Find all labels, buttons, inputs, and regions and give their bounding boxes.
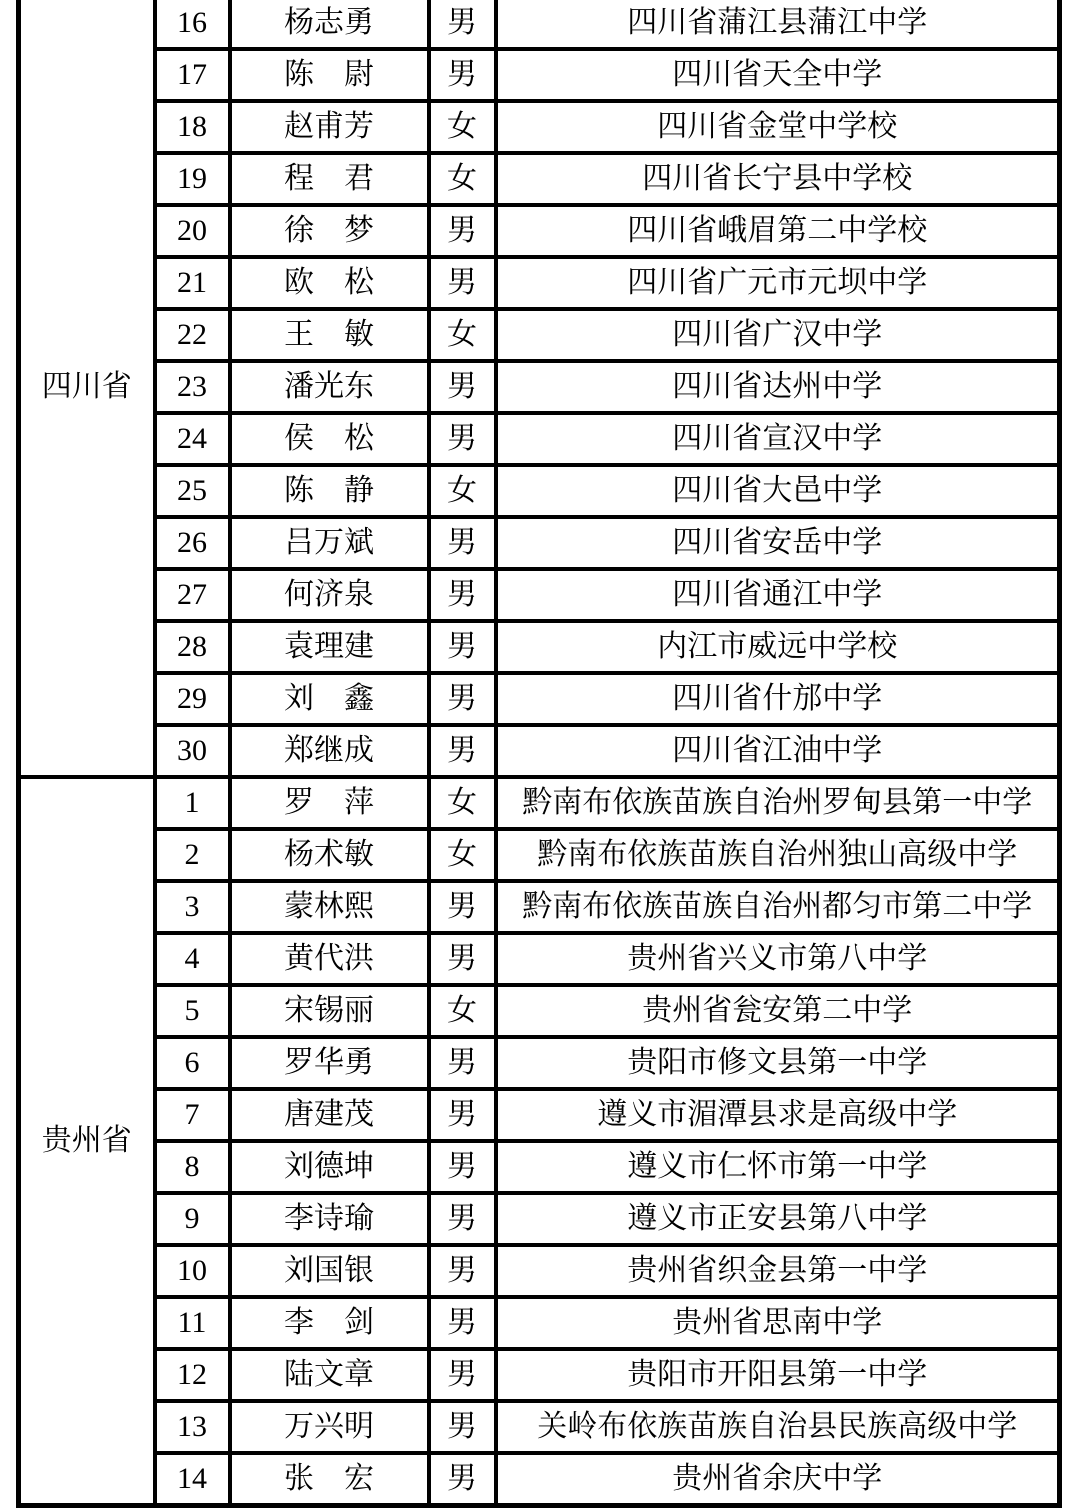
no-cell: 20 — [155, 205, 230, 257]
gender-cell: 男 — [429, 205, 496, 257]
table-row: 10刘国银男贵州省织金县第一中学 — [19, 1245, 1060, 1297]
school-cell: 贵阳市修文县第一中学 — [496, 1037, 1060, 1089]
gender-cell: 男 — [429, 569, 496, 621]
name-cell: 吕万斌 — [230, 517, 429, 569]
name-cell: 李 剑 — [230, 1297, 429, 1349]
gender-cell: 女 — [429, 985, 496, 1037]
gender-cell: 女 — [429, 777, 496, 829]
school-cell: 贵州省瓮安第二中学 — [496, 985, 1060, 1037]
no-cell: 4 — [155, 933, 230, 985]
school-cell: 黔南布依族苗族自治州罗甸县第一中学 — [496, 777, 1060, 829]
roster-table-body: 四川省16杨志勇男四川省蒲江县蒲江中学17陈 尉男四川省天全中学18赵甫芳女四川… — [19, 0, 1060, 1506]
gender-cell: 男 — [429, 933, 496, 985]
gender-cell: 男 — [429, 1037, 496, 1089]
table-row: 28袁理建男内江市威远中学校 — [19, 621, 1060, 673]
name-cell: 万兴明 — [230, 1401, 429, 1453]
no-cell: 24 — [155, 413, 230, 465]
school-cell: 贵州省思南中学 — [496, 1297, 1060, 1349]
no-cell: 12 — [155, 1349, 230, 1401]
table-row: 27何济泉男四川省通江中学 — [19, 569, 1060, 621]
name-cell: 罗 萍 — [230, 777, 429, 829]
name-cell: 徐 梦 — [230, 205, 429, 257]
no-cell: 6 — [155, 1037, 230, 1089]
name-cell: 黄代洪 — [230, 933, 429, 985]
school-cell: 贵州省余庆中学 — [496, 1453, 1060, 1506]
table-row: 23潘光东男四川省达州中学 — [19, 361, 1060, 413]
gender-cell: 男 — [429, 1245, 496, 1297]
name-cell: 郑继成 — [230, 725, 429, 777]
document-page: 四川省16杨志勇男四川省蒲江县蒲江中学17陈 尉男四川省天全中学18赵甫芳女四川… — [0, 0, 1080, 1510]
table-row: 12陆文章男贵阳市开阳县第一中学 — [19, 1349, 1060, 1401]
name-cell: 陈 静 — [230, 465, 429, 517]
gender-cell: 男 — [429, 49, 496, 101]
school-cell: 遵义市仁怀市第一中学 — [496, 1141, 1060, 1193]
school-cell: 内江市威远中学校 — [496, 621, 1060, 673]
gender-cell: 女 — [429, 101, 496, 153]
table-row: 22王 敏女四川省广汉中学 — [19, 309, 1060, 361]
no-cell: 22 — [155, 309, 230, 361]
no-cell: 5 — [155, 985, 230, 1037]
gender-cell: 男 — [429, 1401, 496, 1453]
school-cell: 四川省广元市元坝中学 — [496, 257, 1060, 309]
name-cell: 程 君 — [230, 153, 429, 205]
gender-cell: 男 — [429, 1141, 496, 1193]
gender-cell: 女 — [429, 829, 496, 881]
table-row: 14张 宏男贵州省余庆中学 — [19, 1453, 1060, 1506]
gender-cell: 男 — [429, 725, 496, 777]
name-cell: 何济泉 — [230, 569, 429, 621]
name-cell: 刘国银 — [230, 1245, 429, 1297]
school-cell: 遵义市正安县第八中学 — [496, 1193, 1060, 1245]
name-cell: 刘 鑫 — [230, 673, 429, 725]
no-cell: 23 — [155, 361, 230, 413]
gender-cell: 男 — [429, 1297, 496, 1349]
school-cell: 四川省峨眉第二中学校 — [496, 205, 1060, 257]
name-cell: 侯 松 — [230, 413, 429, 465]
no-cell: 7 — [155, 1089, 230, 1141]
name-cell: 陈 尉 — [230, 49, 429, 101]
table-row: 13万兴明男关岭布依族苗族自治县民族高级中学 — [19, 1401, 1060, 1453]
name-cell: 杨术敏 — [230, 829, 429, 881]
name-cell: 赵甫芳 — [230, 101, 429, 153]
gender-cell: 男 — [429, 517, 496, 569]
table-row: 29刘 鑫男四川省什邡中学 — [19, 673, 1060, 725]
no-cell: 26 — [155, 517, 230, 569]
gender-cell: 男 — [429, 673, 496, 725]
gender-cell: 男 — [429, 1089, 496, 1141]
name-cell: 罗华勇 — [230, 1037, 429, 1089]
province-cell: 四川省 — [19, 0, 155, 777]
table-row: 2杨术敏女黔南布依族苗族自治州独山高级中学 — [19, 829, 1060, 881]
name-cell: 王 敏 — [230, 309, 429, 361]
gender-cell: 男 — [429, 257, 496, 309]
gender-cell: 男 — [429, 621, 496, 673]
table-row: 11李 剑男贵州省思南中学 — [19, 1297, 1060, 1349]
table-row: 21欧 松男四川省广元市元坝中学 — [19, 257, 1060, 309]
school-cell: 贵阳市开阳县第一中学 — [496, 1349, 1060, 1401]
school-cell: 贵州省织金县第一中学 — [496, 1245, 1060, 1297]
table-row: 19程 君女四川省长宁县中学校 — [19, 153, 1060, 205]
province-cell: 贵州省 — [19, 777, 155, 1506]
table-row: 18赵甫芳女四川省金堂中学校 — [19, 101, 1060, 153]
name-cell: 张 宏 — [230, 1453, 429, 1506]
table-row: 5宋锡丽女贵州省瓮安第二中学 — [19, 985, 1060, 1037]
no-cell: 28 — [155, 621, 230, 673]
school-cell: 四川省什邡中学 — [496, 673, 1060, 725]
school-cell: 四川省长宁县中学校 — [496, 153, 1060, 205]
gender-cell: 男 — [429, 881, 496, 933]
gender-cell: 女 — [429, 153, 496, 205]
name-cell: 陆文章 — [230, 1349, 429, 1401]
gender-cell: 女 — [429, 309, 496, 361]
gender-cell: 男 — [429, 1349, 496, 1401]
table-row: 26吕万斌男四川省安岳中学 — [19, 517, 1060, 569]
no-cell: 17 — [155, 49, 230, 101]
no-cell: 2 — [155, 829, 230, 881]
name-cell: 欧 松 — [230, 257, 429, 309]
name-cell: 李诗瑜 — [230, 1193, 429, 1245]
gender-cell: 男 — [429, 413, 496, 465]
no-cell: 8 — [155, 1141, 230, 1193]
gender-cell: 女 — [429, 465, 496, 517]
school-cell: 四川省宣汉中学 — [496, 413, 1060, 465]
table-row: 4黄代洪男贵州省兴义市第八中学 — [19, 933, 1060, 985]
no-cell: 1 — [155, 777, 230, 829]
table-row: 25陈 静女四川省大邑中学 — [19, 465, 1060, 517]
school-cell: 四川省江油中学 — [496, 725, 1060, 777]
table-row: 贵州省1罗 萍女黔南布依族苗族自治州罗甸县第一中学 — [19, 777, 1060, 829]
name-cell: 唐建茂 — [230, 1089, 429, 1141]
no-cell: 21 — [155, 257, 230, 309]
school-cell: 四川省金堂中学校 — [496, 101, 1060, 153]
no-cell: 14 — [155, 1453, 230, 1506]
no-cell: 3 — [155, 881, 230, 933]
name-cell: 袁理建 — [230, 621, 429, 673]
table-row: 30郑继成男四川省江油中学 — [19, 725, 1060, 777]
table-row: 17陈 尉男四川省天全中学 — [19, 49, 1060, 101]
table-row: 3蒙林熙男黔南布依族苗族自治州都匀市第二中学 — [19, 881, 1060, 933]
table-row: 7唐建茂男遵义市湄潭县求是高级中学 — [19, 1089, 1060, 1141]
school-cell: 四川省蒲江县蒲江中学 — [496, 0, 1060, 49]
school-cell: 四川省达州中学 — [496, 361, 1060, 413]
school-cell: 遵义市湄潭县求是高级中学 — [496, 1089, 1060, 1141]
gender-cell: 男 — [429, 361, 496, 413]
school-cell: 黔南布依族苗族自治州独山高级中学 — [496, 829, 1060, 881]
no-cell: 10 — [155, 1245, 230, 1297]
gender-cell: 男 — [429, 1453, 496, 1506]
school-cell: 关岭布依族苗族自治县民族高级中学 — [496, 1401, 1060, 1453]
school-cell: 四川省天全中学 — [496, 49, 1060, 101]
school-cell: 四川省大邑中学 — [496, 465, 1060, 517]
no-cell: 19 — [155, 153, 230, 205]
name-cell: 潘光东 — [230, 361, 429, 413]
table-row: 四川省16杨志勇男四川省蒲江县蒲江中学 — [19, 0, 1060, 49]
no-cell: 9 — [155, 1193, 230, 1245]
table-row: 8刘德坤男遵义市仁怀市第一中学 — [19, 1141, 1060, 1193]
name-cell: 刘德坤 — [230, 1141, 429, 1193]
school-cell: 四川省广汉中学 — [496, 309, 1060, 361]
roster-table: 四川省16杨志勇男四川省蒲江县蒲江中学17陈 尉男四川省天全中学18赵甫芳女四川… — [16, 0, 1062, 1508]
name-cell: 杨志勇 — [230, 0, 429, 49]
no-cell: 30 — [155, 725, 230, 777]
no-cell: 18 — [155, 101, 230, 153]
no-cell: 11 — [155, 1297, 230, 1349]
name-cell: 蒙林熙 — [230, 881, 429, 933]
name-cell: 宋锡丽 — [230, 985, 429, 1037]
school-cell: 贵州省兴义市第八中学 — [496, 933, 1060, 985]
school-cell: 四川省安岳中学 — [496, 517, 1060, 569]
table-row: 20徐 梦男四川省峨眉第二中学校 — [19, 205, 1060, 257]
no-cell: 25 — [155, 465, 230, 517]
no-cell: 16 — [155, 0, 230, 49]
school-cell: 四川省通江中学 — [496, 569, 1060, 621]
no-cell: 27 — [155, 569, 230, 621]
table-row: 6罗华勇男贵阳市修文县第一中学 — [19, 1037, 1060, 1089]
no-cell: 13 — [155, 1401, 230, 1453]
gender-cell: 男 — [429, 1193, 496, 1245]
school-cell: 黔南布依族苗族自治州都匀市第二中学 — [496, 881, 1060, 933]
gender-cell: 男 — [429, 0, 496, 49]
no-cell: 29 — [155, 673, 230, 725]
table-row: 24侯 松男四川省宣汉中学 — [19, 413, 1060, 465]
table-row: 9李诗瑜男遵义市正安县第八中学 — [19, 1193, 1060, 1245]
